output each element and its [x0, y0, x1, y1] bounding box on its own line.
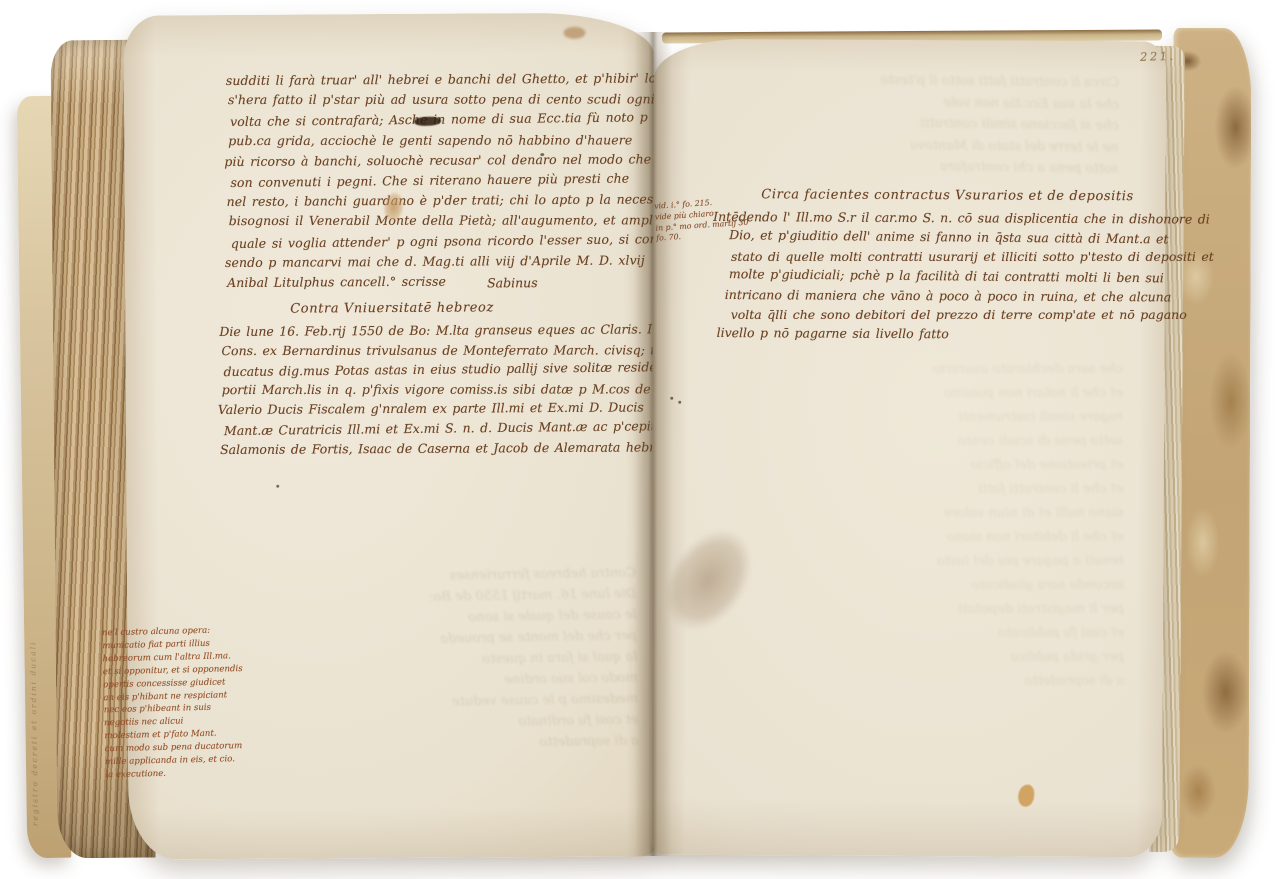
text-line: le cause del quale si sono	[237, 604, 637, 632]
text-line: Salamonis de Fortis, Isaac de Caserna et…	[220, 437, 650, 459]
manuscript-paragraph-acta: Die lune 16. Feb.rij 1550 de Bo: M.lta g…	[219, 319, 650, 459]
text-line: modo col suo ordine	[238, 667, 638, 695]
show-through-text: Circa li contratti fatti sotto il p'test…	[708, 68, 1119, 181]
text-line: sotto pena di scudi cento	[713, 429, 1123, 454]
text-line: intricano di maniera che vāno à poco à p…	[725, 285, 1137, 307]
manuscript-paragraph-decree: sudditi li farà truar' all' hebrei e ban…	[226, 68, 645, 293]
text-line: secondo sara giudicato	[714, 573, 1124, 598]
stain-top-edge	[564, 27, 586, 39]
text-line: Anibal Litulphus cancell.° scrisse	[227, 270, 645, 293]
text-line: et privatione del officio	[713, 453, 1123, 478]
text-line: che la sua Ecc.tia non vole	[709, 89, 1119, 116]
text-line: tenuti a pagare piu del iusto	[714, 549, 1124, 574]
text-line: ne le terre del stato di Mantova	[708, 132, 1118, 159]
text-line: a di sopradetto	[239, 730, 639, 758]
manuscript-photo: registro decreti et ordini ducali Contra…	[0, 0, 1280, 879]
signature-sabinus: Sabinus	[487, 275, 538, 290]
right-page: 221. Circa li contratti fatti sotto il p…	[650, 39, 1166, 858]
text-line: portii March.lis in q. p'fixis vigore co…	[222, 379, 652, 399]
text-line: sendo p mancarvi mai che d. Mag.ti alli …	[225, 250, 643, 273]
text-line: Die lune 16. Feb.rij 1550 de Bo: M.lta g…	[219, 319, 649, 341]
folio-number: 221.	[1140, 49, 1176, 64]
text-line: la executione.	[105, 765, 277, 782]
entry-heading-contra-universitatem: Contra Vniuersitatē hebreoz	[290, 300, 494, 316]
manuscript-paragraph-usury-decree: Intēdendo l' Ill.mo S.r il car.mo S. n. …	[713, 207, 1140, 345]
text-line: che sara dechiarato usurario	[713, 357, 1123, 382]
text-line: per grida publica	[714, 645, 1124, 670]
text-line: a di sopradetto	[714, 669, 1124, 694]
left-page: Contra hebreos ferrariensesDie lune 16. …	[123, 12, 658, 859]
text-line: livello p nō pagarne sia livello fatto	[717, 323, 1139, 345]
show-through-text: Contra hebreos ferrariensesDie lune 16. …	[236, 562, 639, 758]
text-line: et cosi fu publicato	[714, 621, 1124, 646]
text-line: ducatus dig.mus Potas astas in eius stud…	[223, 357, 653, 381]
text-line: volta q̄lli che sono debitori del prezzo…	[731, 305, 1143, 324]
show-through-text: che sara dechiarato usurarioet che li no…	[713, 357, 1124, 694]
text-line: bisognosi il Venerabil Monte della Pietà…	[229, 211, 647, 232]
text-line: rogare simili instrumenti	[713, 405, 1123, 430]
text-line: per che del monte se proueda	[237, 625, 637, 653]
text-line: medesimo p le cause vedute	[238, 688, 638, 716]
spine-writing: registro decreti et ordini ducali	[21, 126, 47, 826]
text-line: et che li notari non possino	[713, 381, 1123, 406]
text-line: la qual si fara in questo	[237, 646, 637, 674]
finger-smudge-stain	[634, 500, 782, 660]
text-line: et che li debitori non siano	[714, 525, 1124, 550]
margin-note-bottom-left: ne'l custro alcuna opera:municatio fiat …	[102, 623, 278, 782]
ink-speck	[678, 401, 681, 404]
text-line: che si facciano simili contratti	[709, 111, 1119, 138]
entry-heading-circa-facientes: Circa facientes contractus Vsurarios et …	[761, 187, 1134, 204]
ink-speck	[670, 397, 673, 400]
ink-speck	[276, 485, 279, 488]
ink-speck	[540, 153, 544, 156]
text-line: Dio, et p'giuditio dell' anime si fanno …	[729, 226, 1141, 249]
text-line: Circa li contratti fatti sotto il p'test…	[709, 68, 1119, 95]
text-line: pub.ca grida, acciochè le genti sapendo …	[228, 130, 646, 151]
text-line: siano nulli et di niun valore	[714, 501, 1124, 526]
text-line: et che li contratti fatti	[713, 477, 1123, 502]
text-line: nel resto, i banchi guardano è p'der tra…	[227, 190, 645, 213]
text-line: et cosi fu ordinato	[238, 709, 638, 737]
text-line: Die lune 16. martij 1550 de Bo:	[236, 583, 636, 611]
text-line: per li magistrati deputati	[714, 597, 1124, 622]
text-line: sotto pena a chi contrafara	[708, 154, 1118, 181]
text-line: stato di quelle molti contratti usurarij…	[731, 247, 1143, 266]
text-line: sudditi li farà truar' all' hebrei e ban…	[226, 68, 644, 91]
text-line: Contra hebreos ferrarienses	[236, 562, 636, 590]
small-stain-bottom	[1018, 785, 1034, 807]
